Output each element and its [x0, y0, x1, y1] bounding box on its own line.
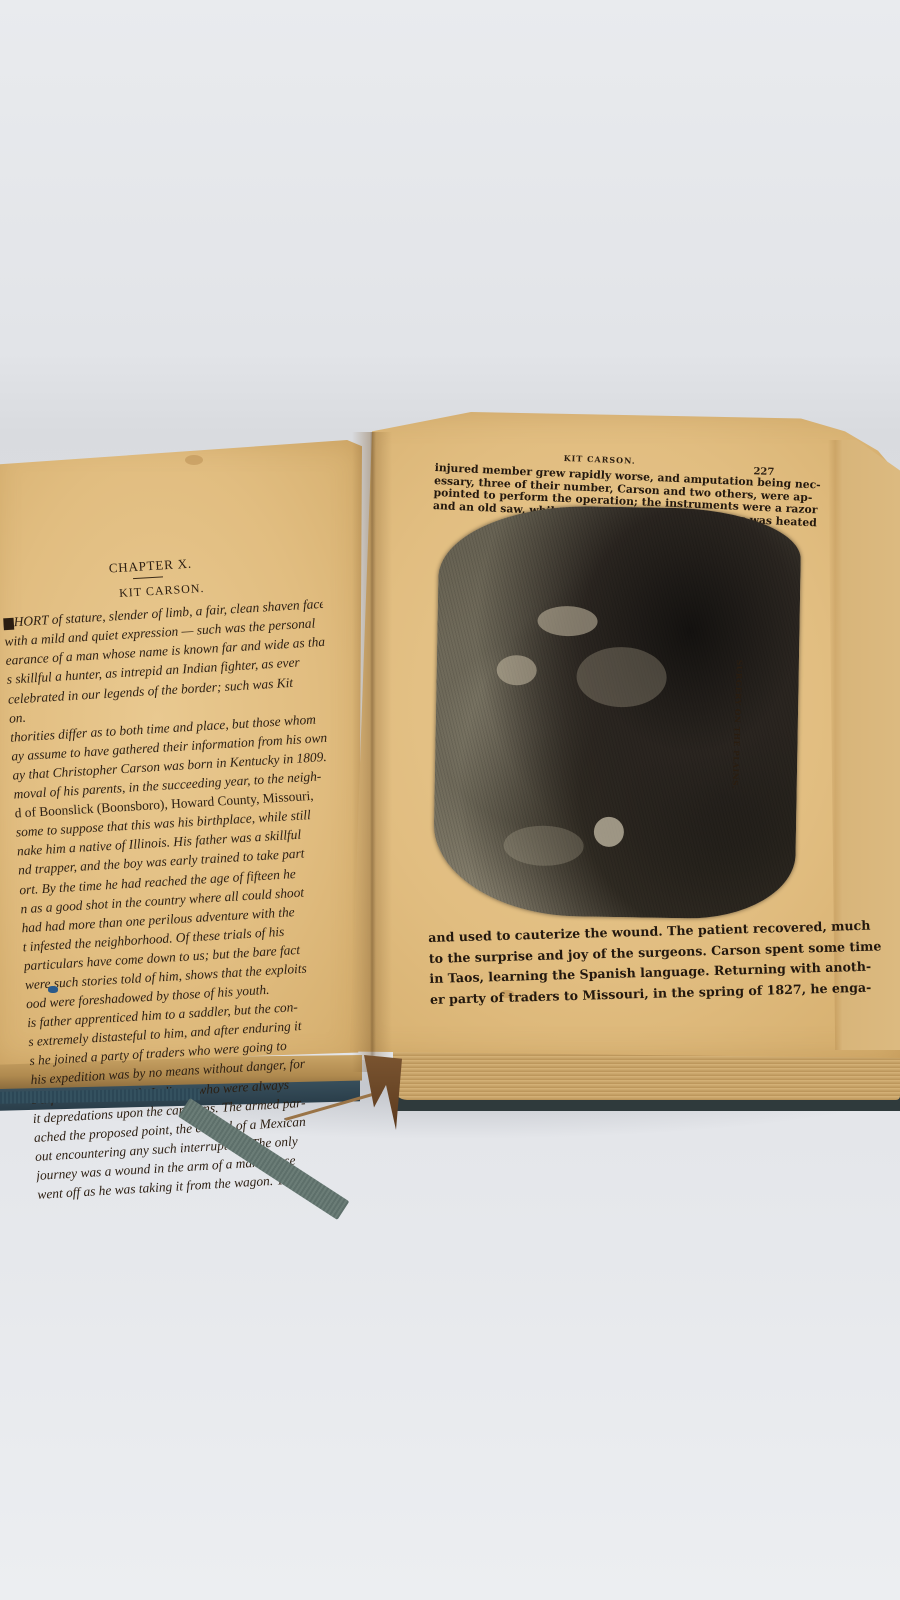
blue-ink-blot	[48, 986, 58, 993]
book-gutter	[352, 432, 392, 1072]
photo-scene: CHAPTER X. KIT CARSON. ▆HORT of stature,…	[0, 0, 900, 1600]
engraving-hatching	[432, 504, 801, 920]
right-page-bottom-text: and used to cauterize the wound. The pat…	[428, 916, 850, 1010]
page-stack-right	[393, 1052, 900, 1100]
heading-rule	[133, 576, 163, 579]
left-page-text: CHAPTER X. KIT CARSON. ▆HORT of stature,…	[0, 546, 357, 1204]
engraving-illustration	[432, 504, 801, 920]
page-stain	[185, 455, 203, 465]
